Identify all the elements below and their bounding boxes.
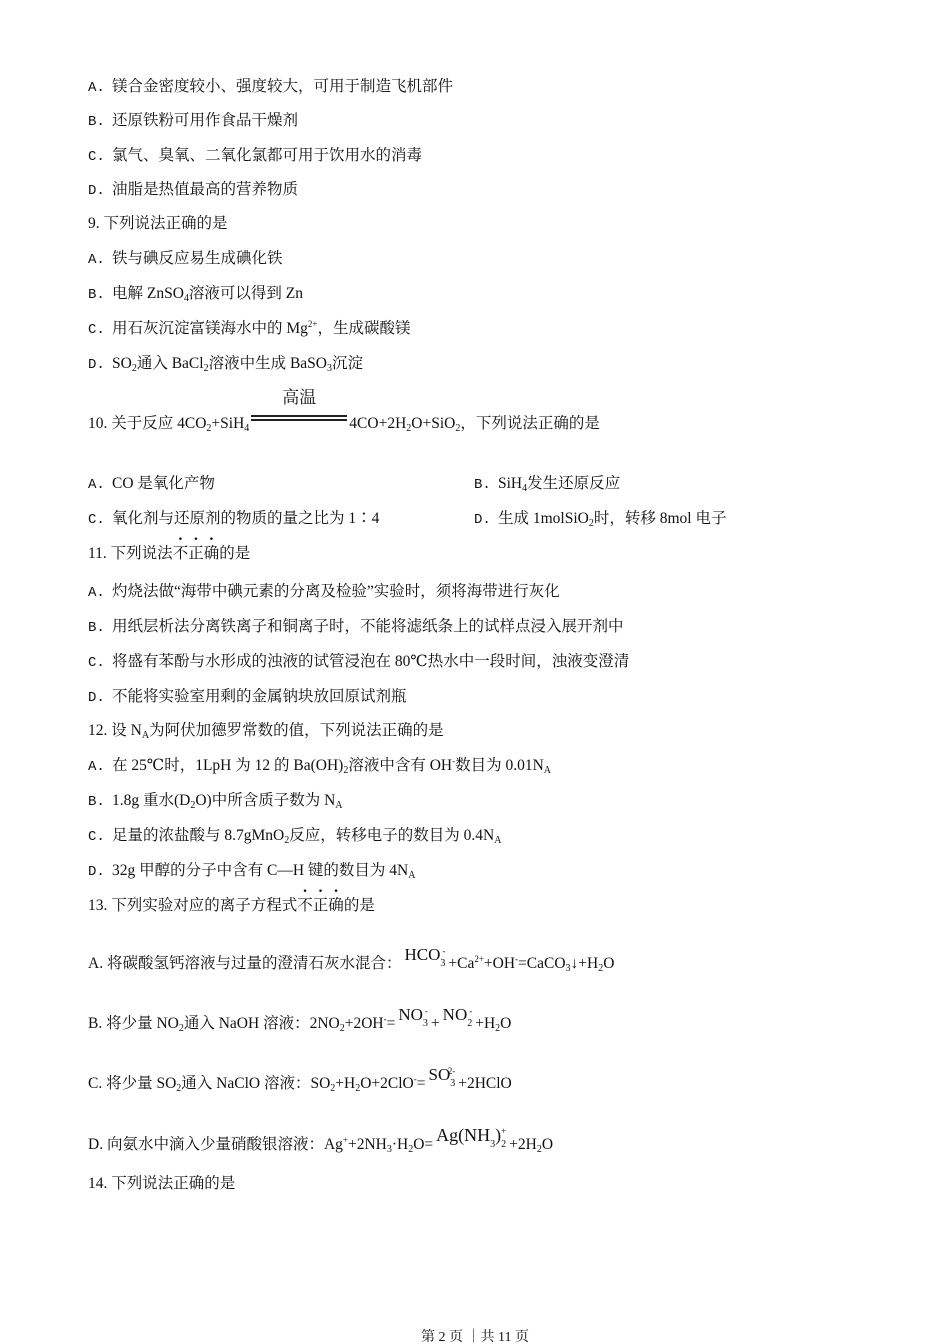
superscript: +	[501, 1121, 506, 1141]
option-text: ·H	[392, 1136, 408, 1153]
q12-stem: 12. 设 NA为阿伏加德罗常数的值，下列说法正确的是	[88, 721, 444, 741]
option-label: A.	[88, 475, 112, 495]
option-label: B.	[474, 475, 498, 495]
option-text: 反应，转移电子的数目为 0.4N	[289, 827, 494, 844]
q8-option-c: C.氯气、臭氧、二氧化氯都可用于饮用水的消毒	[88, 146, 422, 167]
option-text: 不能将实验室用剩的金属钠块放回原试剂瓶	[112, 688, 407, 705]
option-text: 溶液可以得到 Zn	[189, 285, 303, 302]
option-text: O	[603, 955, 614, 972]
option-label: A.	[88, 78, 112, 98]
ion-formula: HCO3-	[404, 945, 445, 968]
option-text: 氯气、臭氧、二氧化氯都可用于饮用水的消毒	[112, 147, 422, 164]
emphasis-char: 确	[328, 896, 344, 916]
option-text: C. 将少量 SO	[88, 1075, 176, 1092]
q8-option-b: B.还原铁粉可用作食品干燥剂	[88, 111, 298, 132]
q9-option-b: B.电解 ZnSO4溶液可以得到 Zn	[88, 284, 303, 305]
q11-option-c: C.将盛有苯酚与水形成的浊液的试管浸泡在 80℃热水中一段时间，浊液变澄清	[88, 652, 629, 673]
emphasis-char: 不	[173, 544, 189, 564]
reaction-condition-equals: 高温	[251, 414, 347, 434]
ion-formula: Ag(NH3)2+	[436, 1125, 506, 1149]
option-text: =	[387, 1015, 396, 1032]
q9-option-c: C.用石灰沉淀富镁海水中的 Mg2+，生成碳酸镁	[88, 319, 411, 340]
option-text: +H	[335, 1075, 355, 1092]
superscript: 2+	[474, 954, 484, 964]
option-text: 铁与碘反应易生成碘化铁	[112, 250, 283, 267]
ion-text: Ag(NH	[436, 1125, 490, 1145]
emphasis-char: 确	[204, 544, 220, 564]
option-label: C.	[88, 320, 112, 340]
option-text: 通入 NaClO 溶液：SO	[181, 1075, 330, 1092]
q12-option-d: D.32g 甲醇的分子中含有 C—H 键的数目为 4NA	[88, 861, 415, 882]
subscript: A	[494, 835, 501, 846]
option-text: 通入 NaOH 溶液：2NO	[184, 1015, 340, 1032]
emphasis-char: 正	[188, 544, 204, 564]
ion-formula: NO3-	[398, 1005, 428, 1028]
ion-text: NO	[398, 1005, 423, 1024]
q12-option-c: C.足量的浓盐酸与 8.7gMnO2反应，转移电子的数目为 0.4NA	[88, 826, 501, 847]
option-text: O)中所含质子数为 N	[195, 792, 335, 809]
stem-text: ，下列说法正确的是	[460, 415, 600, 432]
option-text: CO 是氧化产物	[112, 475, 215, 492]
option-text: A. 将碳酸氢钙溶液与过量的澄清石灰水混合：	[88, 955, 401, 972]
superscript: -	[425, 1001, 428, 1021]
option-text: D. 向氨水中滴入少量硝酸银溶液：Ag	[88, 1136, 343, 1153]
q12-option-a: A.在 25℃时，1LpH 为 12 的 Ba(OH)2溶液中含有 OH-数目为…	[88, 756, 551, 777]
option-label: D.	[88, 688, 112, 708]
option-text: 数目为 0.01N	[455, 757, 544, 774]
equals-bar	[251, 419, 347, 421]
q10-option-b: B.SiH4发生还原反应	[474, 474, 620, 495]
option-text: +2OH	[345, 1015, 384, 1032]
stem-text: 11. 下列说法	[88, 545, 173, 562]
q10-stem: 10. 关于反应 4CO2+SiH4高温4CO+2H2O+SiO2，下列说法正确…	[88, 414, 600, 434]
ion-text: NO	[443, 1005, 468, 1024]
option-label: B.	[88, 112, 112, 132]
option-text: +H	[475, 1015, 495, 1032]
option-label: D.	[88, 355, 112, 375]
option-text: 镁合金密度较小、强度较大，可用于制造飞机部件	[112, 78, 453, 95]
stem-text: 13. 下列实验对应的离子方程式	[88, 897, 297, 914]
option-text: +2NH	[348, 1136, 387, 1153]
subscript: 3	[490, 1139, 495, 1150]
stem-text: 的是	[219, 545, 250, 562]
option-text: 溶液中生成 BaSO	[209, 355, 327, 372]
emphasis-char: 不	[297, 896, 313, 916]
subscript: 4	[244, 423, 249, 434]
equals-bar	[251, 415, 347, 417]
q13-option-b: B. 将少量 NO2通入 NaOH 溶液：2NO2+2OH-=NO3-+NO2-…	[88, 1005, 511, 1034]
option-text: 沉淀	[332, 355, 363, 372]
q10-option-a: A.CO 是氧化产物	[88, 474, 215, 495]
option-text: =	[417, 1075, 426, 1092]
option-text: +	[431, 1015, 440, 1032]
q8-option-d: D.油脂是热值最高的营养物质	[88, 180, 298, 201]
option-text: =CaCO	[518, 955, 566, 972]
option-label: C.	[88, 653, 112, 673]
ion-formula: SO32-	[428, 1065, 455, 1088]
option-label: D.	[474, 510, 498, 530]
q8-option-a: A.镁合金密度较小、强度较大，可用于制造飞机部件	[88, 77, 453, 98]
q13-option-c: C. 将少量 SO2通入 NaClO 溶液：SO2+H2O+2ClO-=SO32…	[88, 1065, 512, 1094]
q13-stem: 13. 下列实验对应的离子方程式不正确的是	[88, 896, 375, 916]
q13-option-d: D. 向氨水中滴入少量硝酸银溶液：Ag++2NH3·H2O=Ag(NH3)2++…	[88, 1125, 553, 1155]
q14-stem: 14. 下列说法正确的是	[88, 1174, 235, 1194]
stem-text: +SiH	[211, 415, 244, 432]
option-text: 发生还原反应	[527, 475, 620, 492]
option-text: 将盛有苯酚与水形成的浊液的试管浸泡在 80℃热水中一段时间，浊液变澄清	[112, 653, 629, 670]
option-label: C.	[88, 827, 112, 847]
option-text: 用纸层析法分离铁离子和铜离子时，不能将滤纸条上的试样点浸入展开剂中	[112, 618, 624, 635]
option-text: 油脂是热值最高的营养物质	[112, 181, 298, 198]
option-text: +2HClO	[458, 1075, 512, 1092]
option-text: 32g 甲醇的分子中含有 C—H 键的数目为 4N	[112, 862, 408, 879]
option-text: 足量的浓盐酸与 8.7gMnO	[112, 827, 284, 844]
stem-text: 10. 关于反应 4CO	[88, 415, 206, 432]
stem-text: 的是	[344, 897, 375, 914]
stem-text: 为阿伏加德罗常数的值，下列说法正确的是	[149, 722, 444, 739]
q11-option-b: B.用纸层析法分离铁离子和铜离子时，不能将滤纸条上的试样点浸入展开剂中	[88, 617, 624, 638]
stem-text: O+SiO	[411, 415, 455, 432]
option-text: 还原铁粉可用作食品干燥剂	[112, 112, 298, 129]
option-label: A.	[88, 757, 112, 777]
q12-option-b: B.1.8g 重水(D2O)中所含质子数为 NA	[88, 791, 343, 812]
option-label: A.	[88, 250, 112, 270]
option-text: 在 25℃时，1LpH 为 12 的 Ba(OH)	[112, 757, 343, 774]
option-text: 电解 ZnSO	[112, 285, 184, 302]
q11-option-a: A.灼烧法做“海带中碘元素的分离及检验”实验时，须将海带进行灰化	[88, 582, 560, 603]
option-text: B. 将少量 NO	[88, 1015, 179, 1032]
option-text: O	[500, 1015, 511, 1032]
reaction-condition: 高温	[251, 388, 347, 408]
q10-option-d: D.生成 1molSiO2时，转移 8mol 电子	[474, 509, 726, 530]
option-text: 灼烧法做“海带中碘元素的分离及检验”实验时，须将海带进行灰化	[112, 583, 560, 600]
option-text: 溶液中含有 OH	[348, 757, 452, 774]
option-text: O+2ClO	[360, 1075, 414, 1092]
q11-stem: 11. 下列说法不正确的是	[88, 544, 250, 564]
option-label: B.	[88, 285, 112, 305]
page-footer: 第 2 页 ｜共 11 页	[0, 1326, 950, 1344]
q9-option-d: D.SO2通入 BaCl2溶液中生成 BaSO3沉淀	[88, 354, 363, 375]
subscript: A	[544, 765, 551, 776]
ion-formula: NO2-	[443, 1005, 473, 1028]
superscript: -	[442, 941, 445, 961]
option-text: +OH	[484, 955, 515, 972]
option-text: SiH	[498, 475, 522, 492]
option-text: O=	[413, 1136, 433, 1153]
option-text: +2H	[509, 1136, 537, 1153]
option-label: A.	[88, 583, 112, 603]
emphasis-char: 正	[313, 896, 329, 916]
option-label: D.	[88, 181, 112, 201]
q11-option-d: D.不能将实验室用剩的金属钠块放回原试剂瓶	[88, 687, 407, 708]
option-label: C.	[88, 510, 112, 530]
option-text: 通入 BaCl	[137, 355, 204, 372]
option-text: ，生成碳酸镁	[318, 320, 411, 337]
stem-text: 4CO+2H	[349, 415, 406, 432]
subscript: A	[408, 870, 415, 881]
option-label: C.	[88, 147, 112, 167]
superscript: -	[469, 1001, 472, 1021]
q9-stem: 9. 下列说法正确的是	[88, 214, 228, 234]
q10-option-c: C.氧化剂与还原剂的物质的量之比为 1∶4	[88, 509, 379, 530]
option-text: 时，转移 8mol 电子	[594, 510, 727, 527]
option-text: 氧化剂与还原剂的物质的量之比为 1∶4	[112, 510, 379, 527]
option-label: B.	[88, 618, 112, 638]
superscript: 2-	[448, 1061, 456, 1081]
option-text: O	[542, 1136, 553, 1153]
option-text: +Ca	[448, 955, 474, 972]
q9-option-a: A.铁与碘反应易生成碘化铁	[88, 249, 283, 270]
option-text: 1.8g 重水(D	[112, 792, 190, 809]
subscript: A	[142, 730, 149, 741]
ion-text: HCO	[404, 945, 440, 964]
option-label: B.	[88, 792, 112, 812]
subscript: A	[335, 800, 342, 811]
stem-text: 12. 设 N	[88, 722, 142, 739]
option-text: SO	[112, 355, 132, 372]
superscript: 2+	[308, 319, 318, 329]
option-label: D.	[88, 862, 112, 882]
option-text: ↓+H	[571, 955, 599, 972]
option-text: 用石灰沉淀富镁海水中的 Mg	[112, 320, 308, 337]
q13-option-a: A. 将碳酸氢钙溶液与过量的澄清石灰水混合：HCO3-+Ca2++OH-=CaC…	[88, 945, 614, 974]
option-text: 生成 1molSiO	[498, 510, 589, 527]
